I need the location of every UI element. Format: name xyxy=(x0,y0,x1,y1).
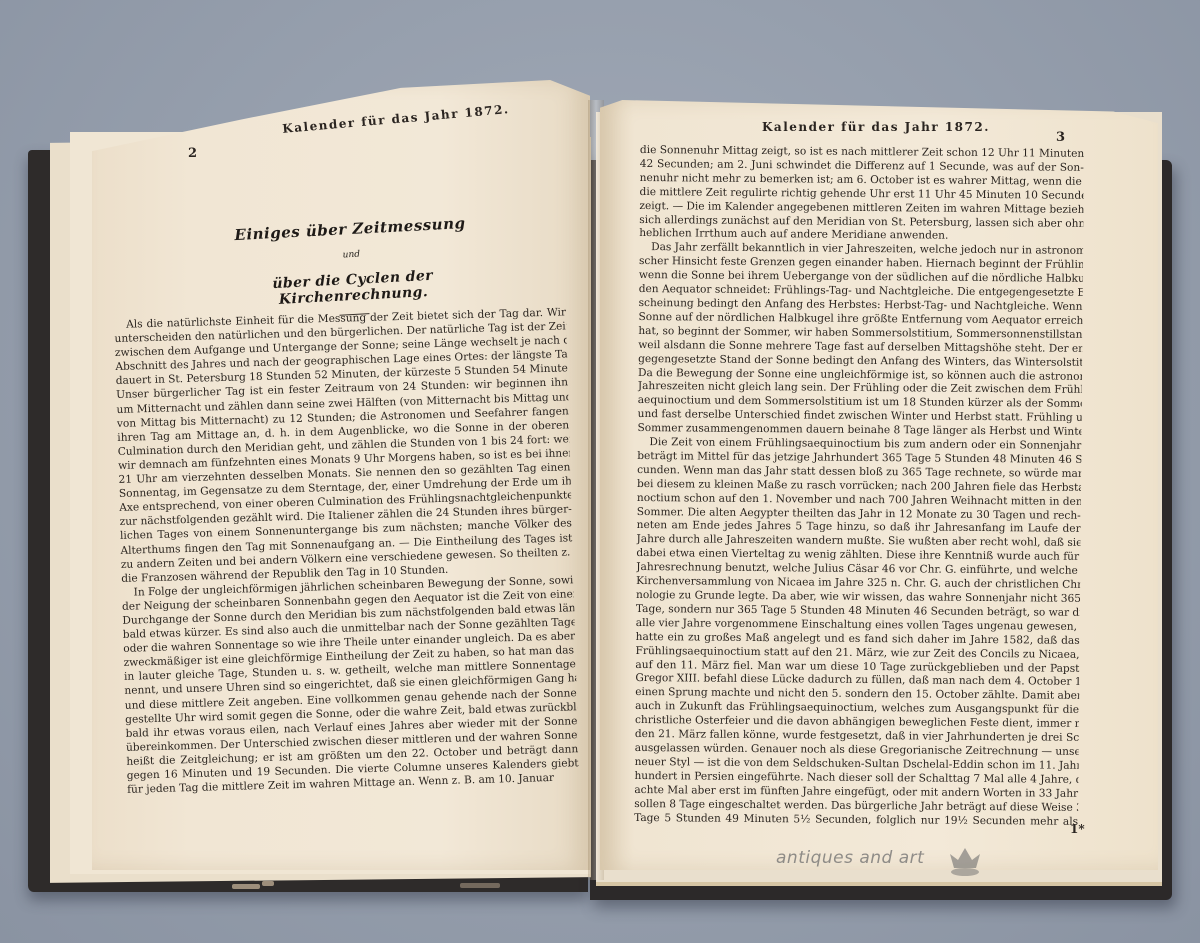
title-main: Einiges über Zeitmessung xyxy=(200,212,501,246)
cover-wear-mark xyxy=(232,884,260,889)
running-head: Kalender für das Jahr 1872. xyxy=(762,120,990,134)
running-head: Kalender für das Jahr 1872. xyxy=(282,102,510,136)
cover-wear-mark xyxy=(460,883,500,888)
page-number: 3 xyxy=(1056,130,1065,145)
chapter-title: Einiges über Zeitmessung und über die Cy… xyxy=(200,212,505,323)
crown-icon xyxy=(948,846,982,876)
right-page: Kalender für das Jahr 1872. 3 die Sonnen… xyxy=(600,100,1158,870)
body-text: Als die natürlichste Einheit für die Mes… xyxy=(114,305,579,797)
photo-scene: Kalender für das Jahr 1872. 2 Einiges üb… xyxy=(0,0,1200,943)
title-connector: und xyxy=(201,242,501,268)
cover-wear-mark xyxy=(262,881,274,886)
left-page: Kalender für das Jahr 1872. 2 Einiges üb… xyxy=(92,80,590,870)
page-number: 2 xyxy=(188,146,197,161)
watermark-text: antiques and art xyxy=(776,848,924,868)
body-text: die Sonnenuhr Mittag zeigt, so ist es na… xyxy=(634,144,1084,829)
title-sub: über die Cyclen der Kirchenrechnung. xyxy=(202,264,503,312)
signature-mark: 1* xyxy=(1070,822,1085,836)
